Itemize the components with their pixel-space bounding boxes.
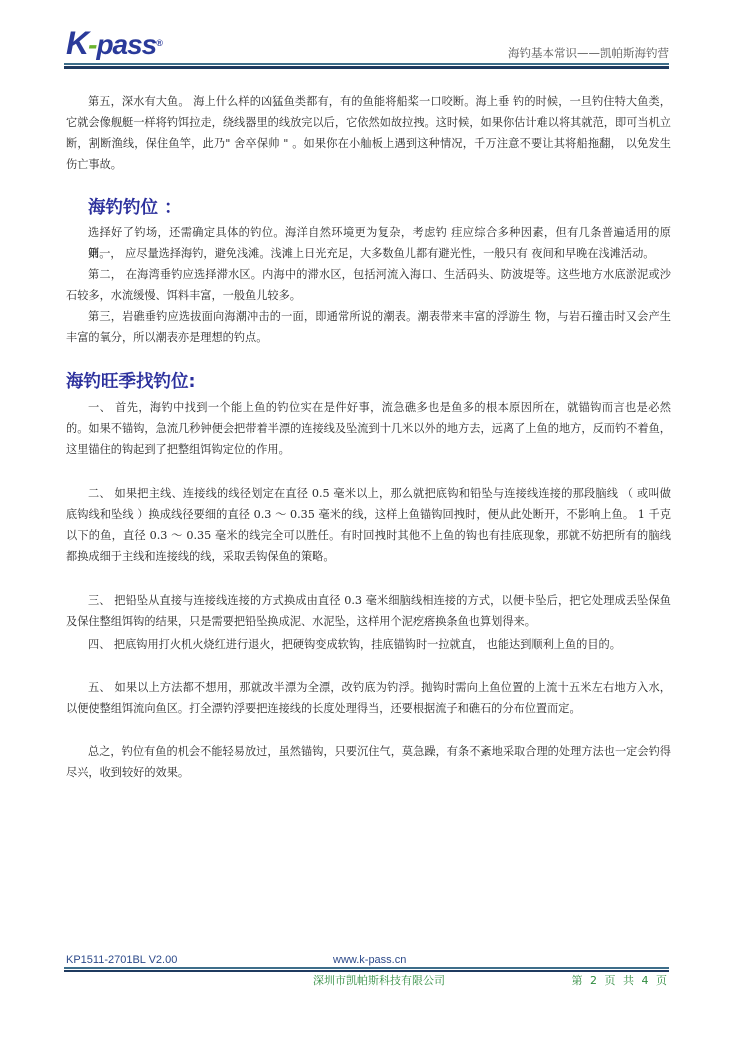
- document-page: K-pass® 海钓基本常识——凯帕斯海钓营 第五，深水有大鱼。 海上什么样的凶…: [0, 0, 737, 1042]
- logo-pass: pass: [96, 29, 156, 60]
- page-number: 第 2 页 共 4 页: [572, 972, 669, 988]
- header-rule-thick: [64, 66, 669, 69]
- company-name: 深圳市凯帕斯科技有限公司: [313, 972, 445, 988]
- section-heading-peak-season: 海钓旺季找钓位:: [66, 368, 196, 393]
- paragraph: 第二， 在海湾垂钓应选择滞水区。内海中的滞水区，包括河流入海口、生活码头、防波堤…: [66, 264, 671, 306]
- paragraph: 第一， 应尽量选择海钓，避免浅滩。浅滩上日光充足，大多数鱼儿都有避光性，一般只有…: [66, 243, 671, 264]
- section-heading-fishing-spot: 海钓钓位 ：: [88, 194, 182, 219]
- document-code: KP1511-2701BL V2.00: [66, 954, 177, 966]
- paragraph: 三、 把铅坠从直接与连接线连接的方式换成由直径 0.3 毫米细脑线相连接的方式，…: [66, 590, 671, 632]
- paragraph-deep-water: 第五，深水有大鱼。 海上什么样的凶猛鱼类都有，有的鱼能将船桨一口咬断。海上垂 钓…: [66, 91, 671, 175]
- paragraph: 一、 首先，海钓中找到一个能上鱼的钓位实在是件好事，流急礁多也是鱼多的根本原因所…: [66, 397, 671, 460]
- paragraph: 总之，钓位有鱼的机会不能轻易放过，虽然锚钩，只要沉住气，莫急躁，有条不紊地采取合…: [66, 741, 671, 783]
- paragraph: 五、 如果以上方法都不想用，那就改半漂为全漂，改钓底为钓浮。抛钩时需向上鱼位置的…: [66, 677, 671, 719]
- footer-rule-thin: [64, 967, 669, 969]
- paragraph: 二、 如果把主线、连接线的线径划定在直径 0.5 毫米以上，那么就把底钩和铅坠与…: [66, 483, 671, 567]
- logo-k: K: [66, 25, 88, 61]
- header-title: 海钓基本常识——凯帕斯海钓营: [508, 45, 669, 61]
- kpass-logo: K-pass®: [66, 28, 162, 60]
- paragraph: 四、 把底钩用打火机火烧红进行退火，把硬钩变成软钩，挂底锚钩时一拉就直， 也能达…: [66, 634, 671, 655]
- paragraph: 第三，岩礁垂钓应选拔面向海潮冲击的一面，即通常所说的潮表。潮表带来丰富的浮游生 …: [66, 306, 671, 348]
- registered-mark: ®: [156, 38, 162, 48]
- website-link[interactable]: www.k-pass.cn: [333, 954, 406, 966]
- header-rule-thin: [64, 63, 669, 65]
